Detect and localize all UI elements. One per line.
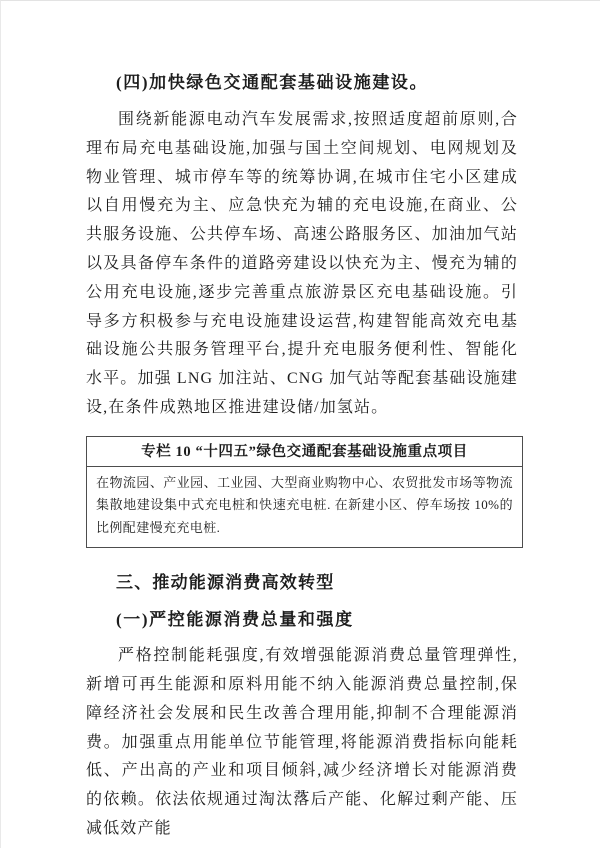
column-box-title: 专栏 10 “十四五”绿色交通配套基础设施重点项目	[87, 437, 522, 467]
heading-section-3: 三、推动能源消费高效转型	[86, 571, 518, 595]
paragraph-energy-consumption-control: 严格控制能耗强度,有效增强能源消费总量管理弹性,新增可再生能源和原料用能不纳入能…	[86, 642, 518, 844]
column-box-10: 专栏 10 “十四五”绿色交通配套基础设施重点项目 在物流园、产业园、工业园、大…	[86, 436, 523, 549]
column-box-body: 在物流园、产业园、工业园、大型商业购物中心、农贸批发市场等物流集散地建设集中式充…	[87, 467, 522, 548]
heading-section-4: (四)加快绿色交通配套基础设施建设。	[86, 71, 518, 95]
heading-subsection-1: (一)严控能源消费总量和强度	[86, 608, 518, 632]
page-number: 25	[1, 789, 600, 800]
page-content: (四)加快绿色交通配套基础设施建设。 围绕新能源电动汽车发展需求,按照适度超前原…	[86, 71, 518, 844]
document-page: { "document": { "heading_section4": "(四)…	[0, 0, 600, 848]
paragraph-charging-infrastructure: 围绕新能源电动汽车发展需求,按照适度超前原则,合理布局充电基础设施,加强与国土空…	[86, 106, 518, 423]
